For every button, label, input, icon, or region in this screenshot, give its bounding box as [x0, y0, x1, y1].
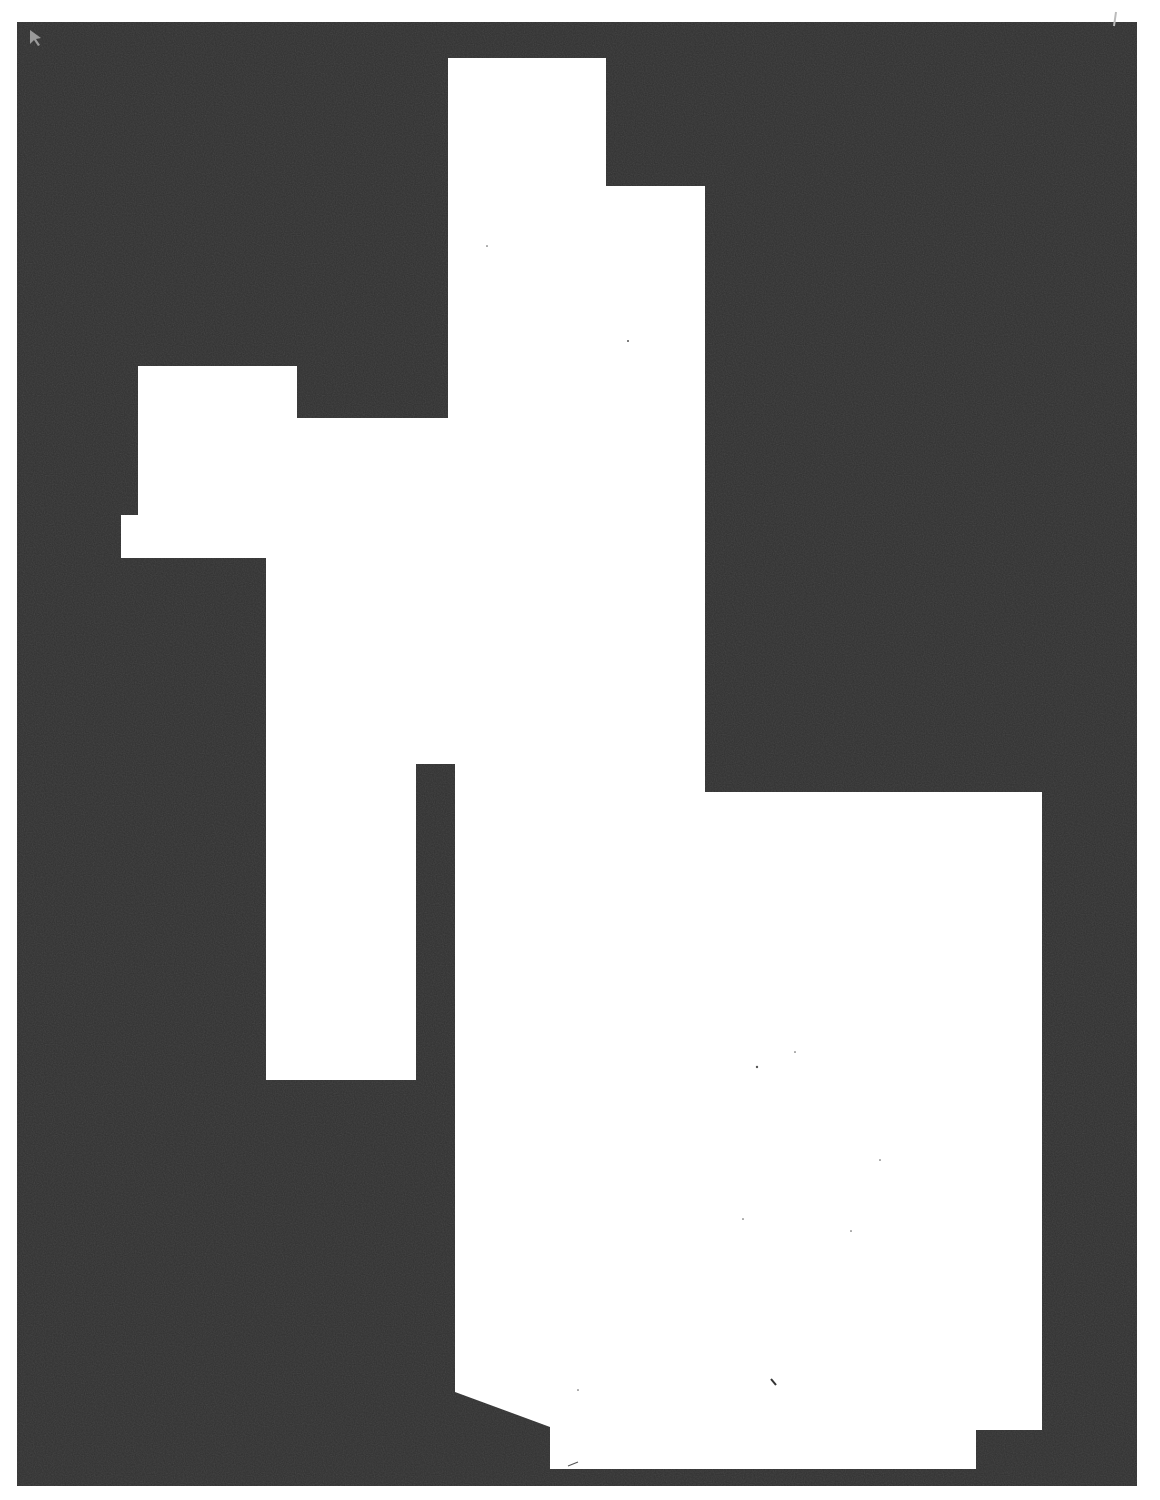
- scanned-figure: [0, 0, 1160, 1500]
